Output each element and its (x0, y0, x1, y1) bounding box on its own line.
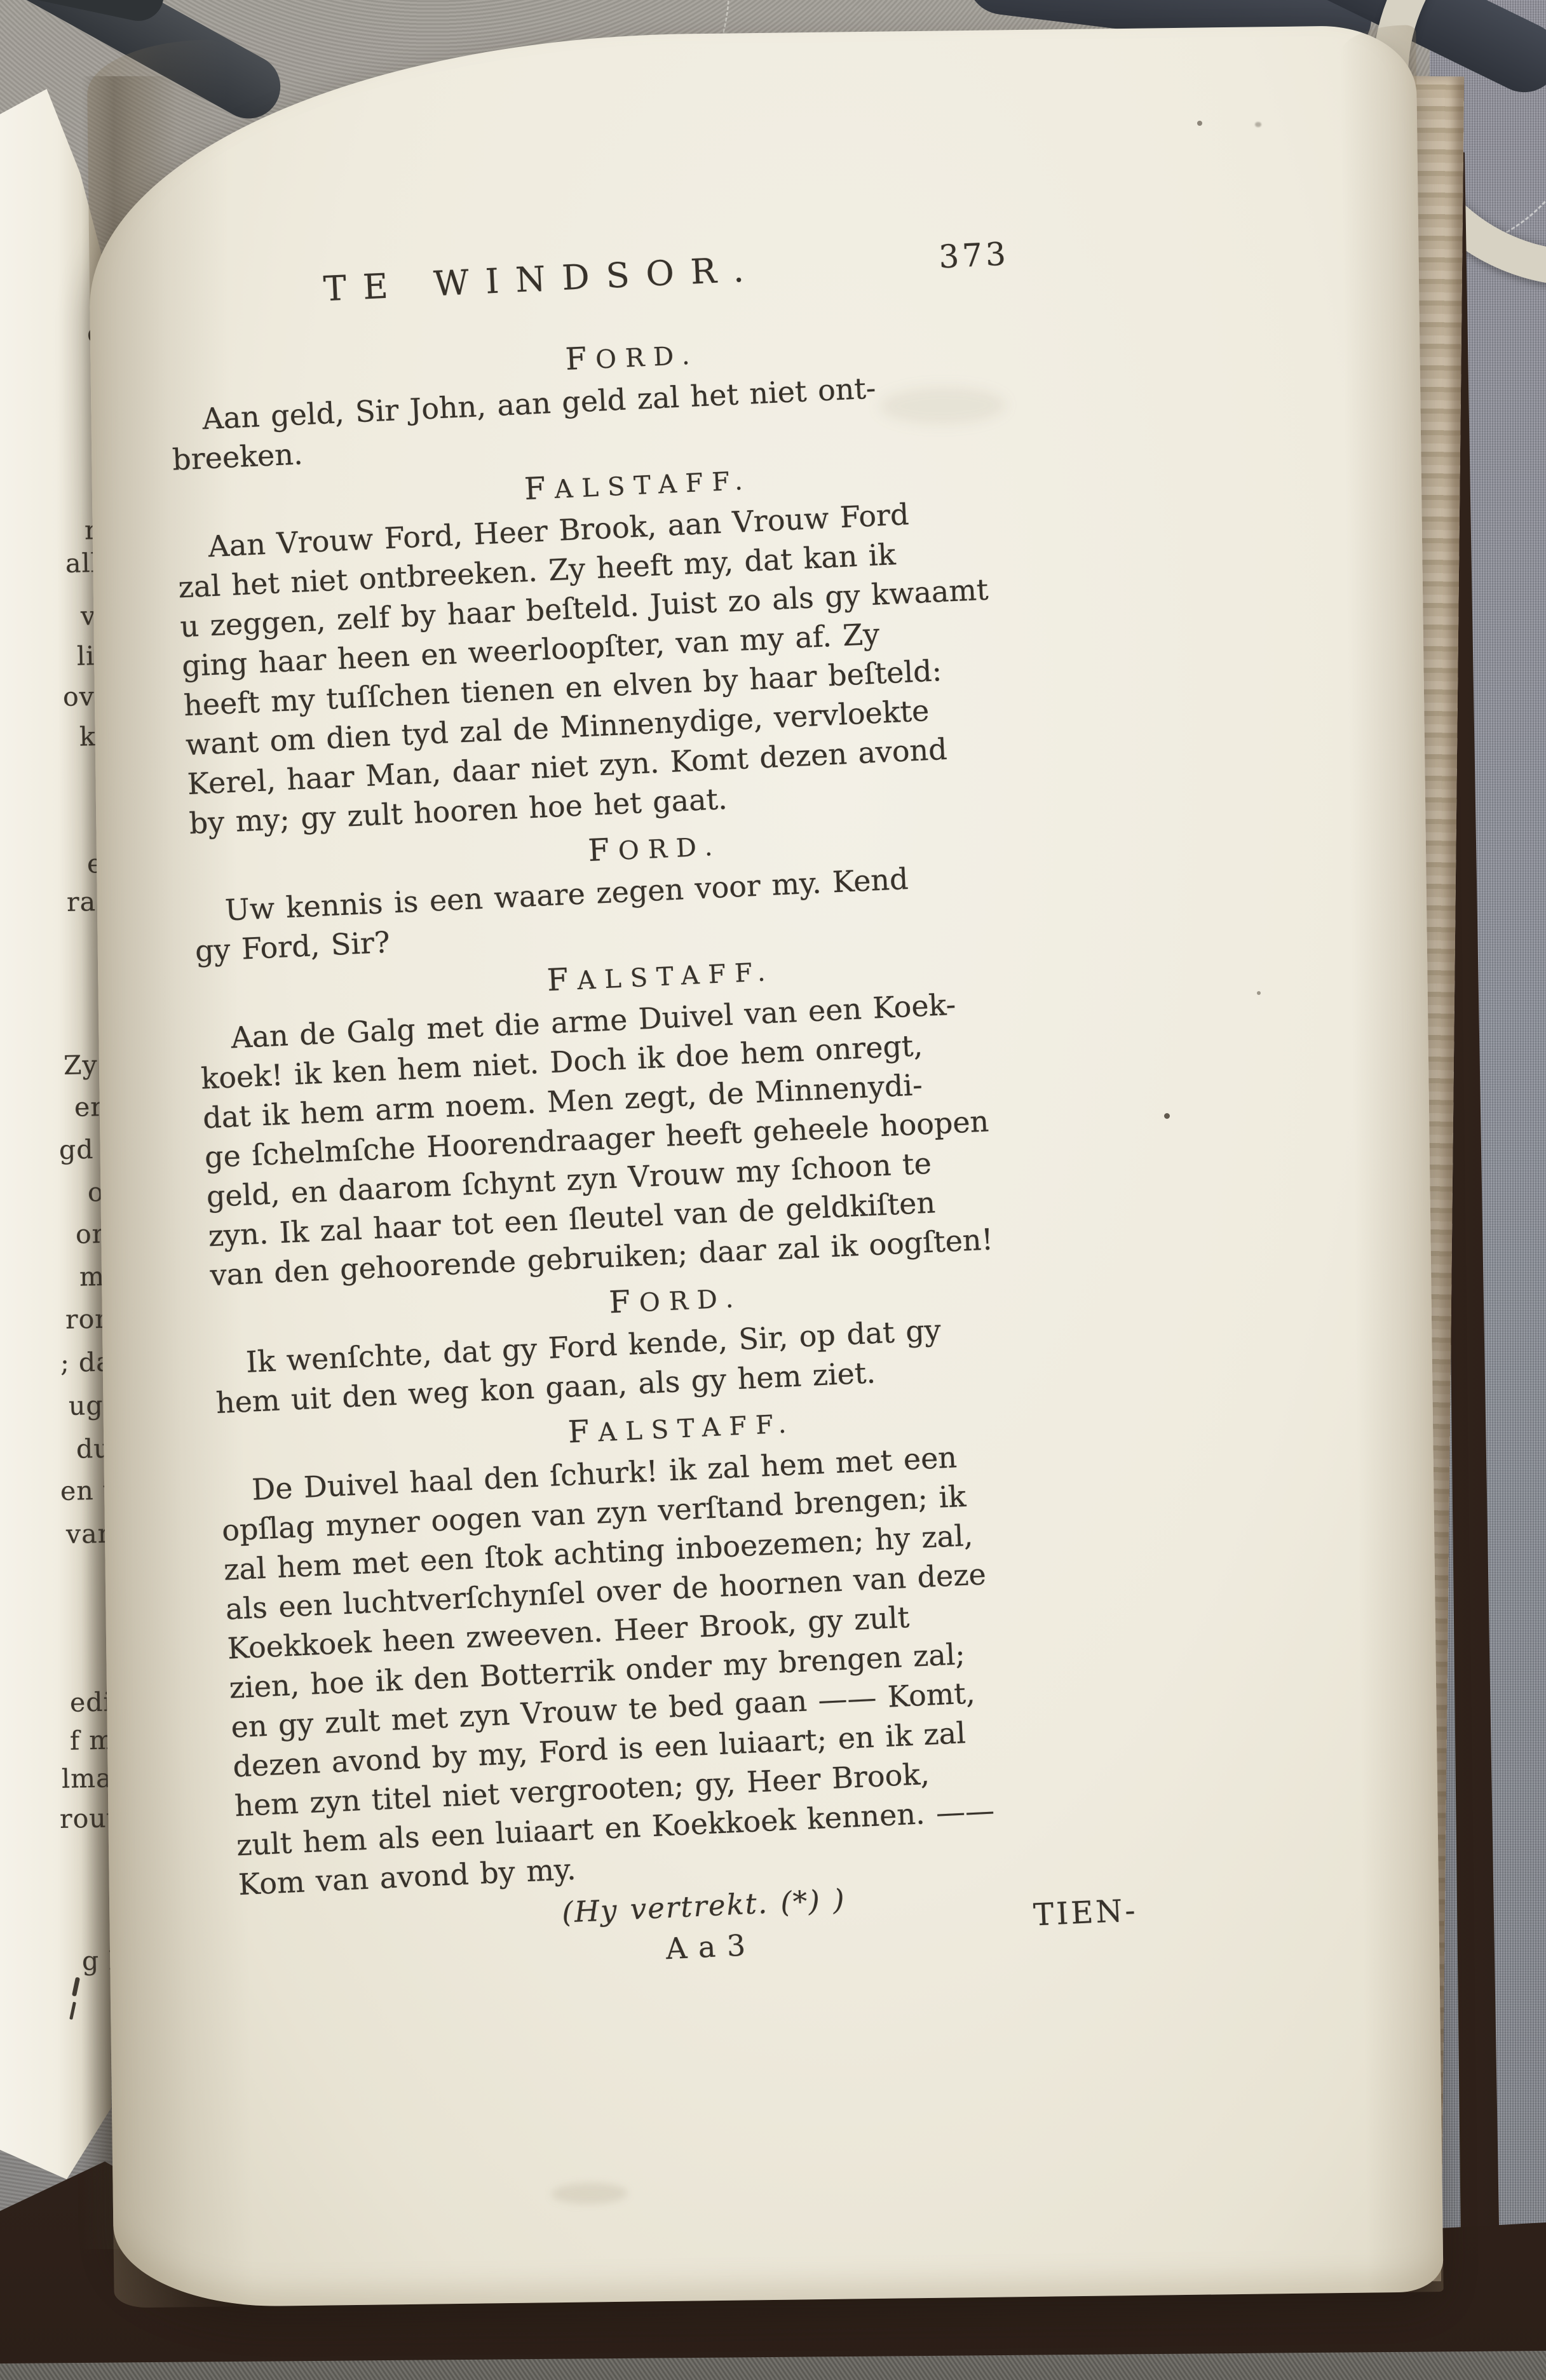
speech-paragraph: Aan Vrouw Ford, Heer Brook, aan Vrouw Fo… (175, 485, 1116, 843)
printed-text-block: TE WINDSOR. 373 FORD. Aan geld, Sir John… (164, 234, 1170, 1993)
speech-falstaff-3: FALSTAFF. De Duivel haal den ſchurk! ik … (217, 1386, 1166, 1905)
speech-falstaff-2: FALSTAFF. Aan de Galg met die arme Duive… (196, 934, 1138, 1295)
paper-stain (552, 2182, 628, 2205)
signature-mark: A a 3 (665, 1928, 747, 1966)
ink-speck (1255, 122, 1261, 127)
speech-paragraph: De Duivel haal den ſchurk! ik zal hem me… (219, 1428, 1166, 1904)
book-photograph: eg,r isallesvanlief-over.kaneg,raadZy is… (0, 0, 1546, 2380)
ink-speck (1197, 121, 1202, 126)
page-number: 373 (938, 234, 1010, 277)
speech-falstaff-1: FALSTAFF. Aan Vrouw Ford, Heer Brook, aa… (173, 443, 1116, 843)
catchword: TIEN- (1033, 1891, 1139, 1935)
speech-paragraph: Aan de Galg met die arme Duivel van een … (198, 977, 1138, 1295)
ink-speck (1257, 991, 1261, 995)
ink-speck (1164, 1113, 1170, 1119)
